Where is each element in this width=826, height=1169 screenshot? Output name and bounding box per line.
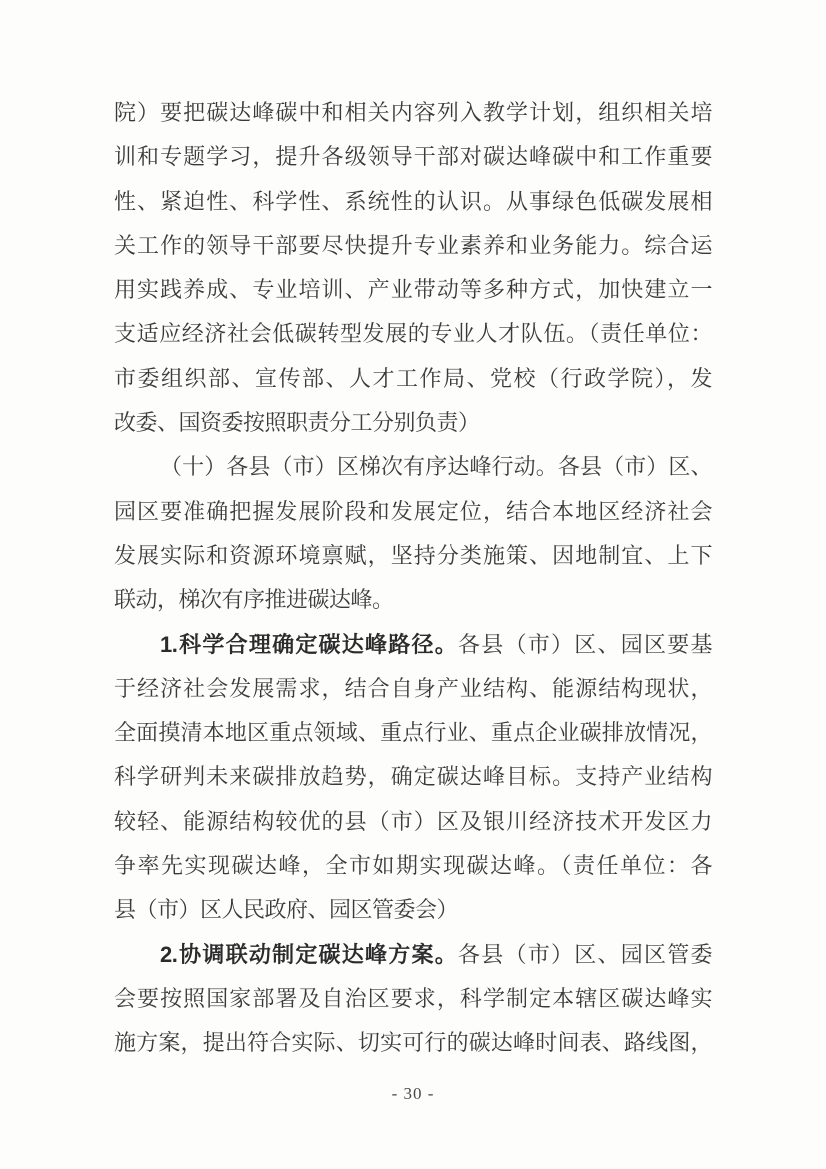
text-line: 争率先实现碳达峰，全市如期实现碳达峰。（责任单位：各 — [114, 844, 712, 888]
text-line: 发展实际和资源环境禀赋，坚持分类施策、因地制宜、上下 — [114, 534, 712, 578]
text-line: 支适应经济社会低碳转型发展的专业人才队伍。（责任单位： — [114, 312, 712, 356]
text-line: 改委、国资委按照职责分工分别负责） — [114, 401, 712, 445]
text-line: 园区要准确把握发展阶段和发展定位，结合本地区经济社会 — [114, 490, 712, 534]
text-line: 性、紧迫性、科学性、系统性的认识。从事绿色低碳发展相 — [114, 180, 712, 224]
text-line: 1.科学合理确定碳达峰路径。各县（市）区、园区要基 — [114, 623, 712, 667]
text-line: 用实践养成、专业培训、产业带动等多种方式，加快建立一 — [114, 268, 712, 312]
text-line: 施方案，提出符合实际、切实可行的碳达峰时间表、路线图， — [114, 1021, 712, 1065]
text-line: 县（市）区人民政府、园区管委会） — [114, 888, 712, 932]
text-line: 训和专题学习，提升各级领导干部对碳达峰碳中和工作重要 — [114, 135, 712, 179]
text-line: 全面摸清本地区重点领域、重点行业、重点企业碳排放情况， — [114, 711, 712, 755]
text-line: 关工作的领导干部要尽快提升专业素养和业务能力。综合运 — [114, 224, 712, 268]
text-line: 会要按照国家部署及自治区要求，科学制定本辖区碳达峰实 — [114, 977, 712, 1021]
bold-heading: 2.协调联动制定碳达峰方案。 — [160, 942, 458, 967]
text-line: 市委组织部、宣传部、人才工作局、党校（行政学院），发 — [114, 357, 712, 401]
text-line: 科学研判未来碳排放趋势，确定碳达峰目标。支持产业结构 — [114, 755, 712, 799]
document-lines: 院）要把碳达峰碳中和相关内容列入教学计划，组织相关培训和专题学习，提升各级领导干… — [114, 91, 712, 1066]
text-line: 较轻、能源结构较优的县（市）区及银川经济技术开发区力 — [114, 800, 712, 844]
text-line: 于经济社会发展需求，结合自身产业结构、能源结构现状， — [114, 667, 712, 711]
text-line: 院）要把碳达峰碳中和相关内容列入教学计划，组织相关培 — [114, 91, 712, 135]
bold-heading: 1.科学合理确定碳达峰路径。 — [160, 632, 458, 657]
text-line: 2.协调联动制定碳达峰方案。各县（市）区、园区管委 — [114, 933, 712, 977]
page-number: - 30 - — [0, 1084, 826, 1104]
text-line: （十）各县（市）区梯次有序达峰行动。各县（市）区、 — [114, 445, 712, 489]
document-page: 院）要把碳达峰碳中和相关内容列入教学计划，组织相关培训和专题学习，提升各级领导干… — [0, 0, 826, 1169]
text-line: 联动，梯次有序推进碳达峰。 — [114, 578, 712, 622]
